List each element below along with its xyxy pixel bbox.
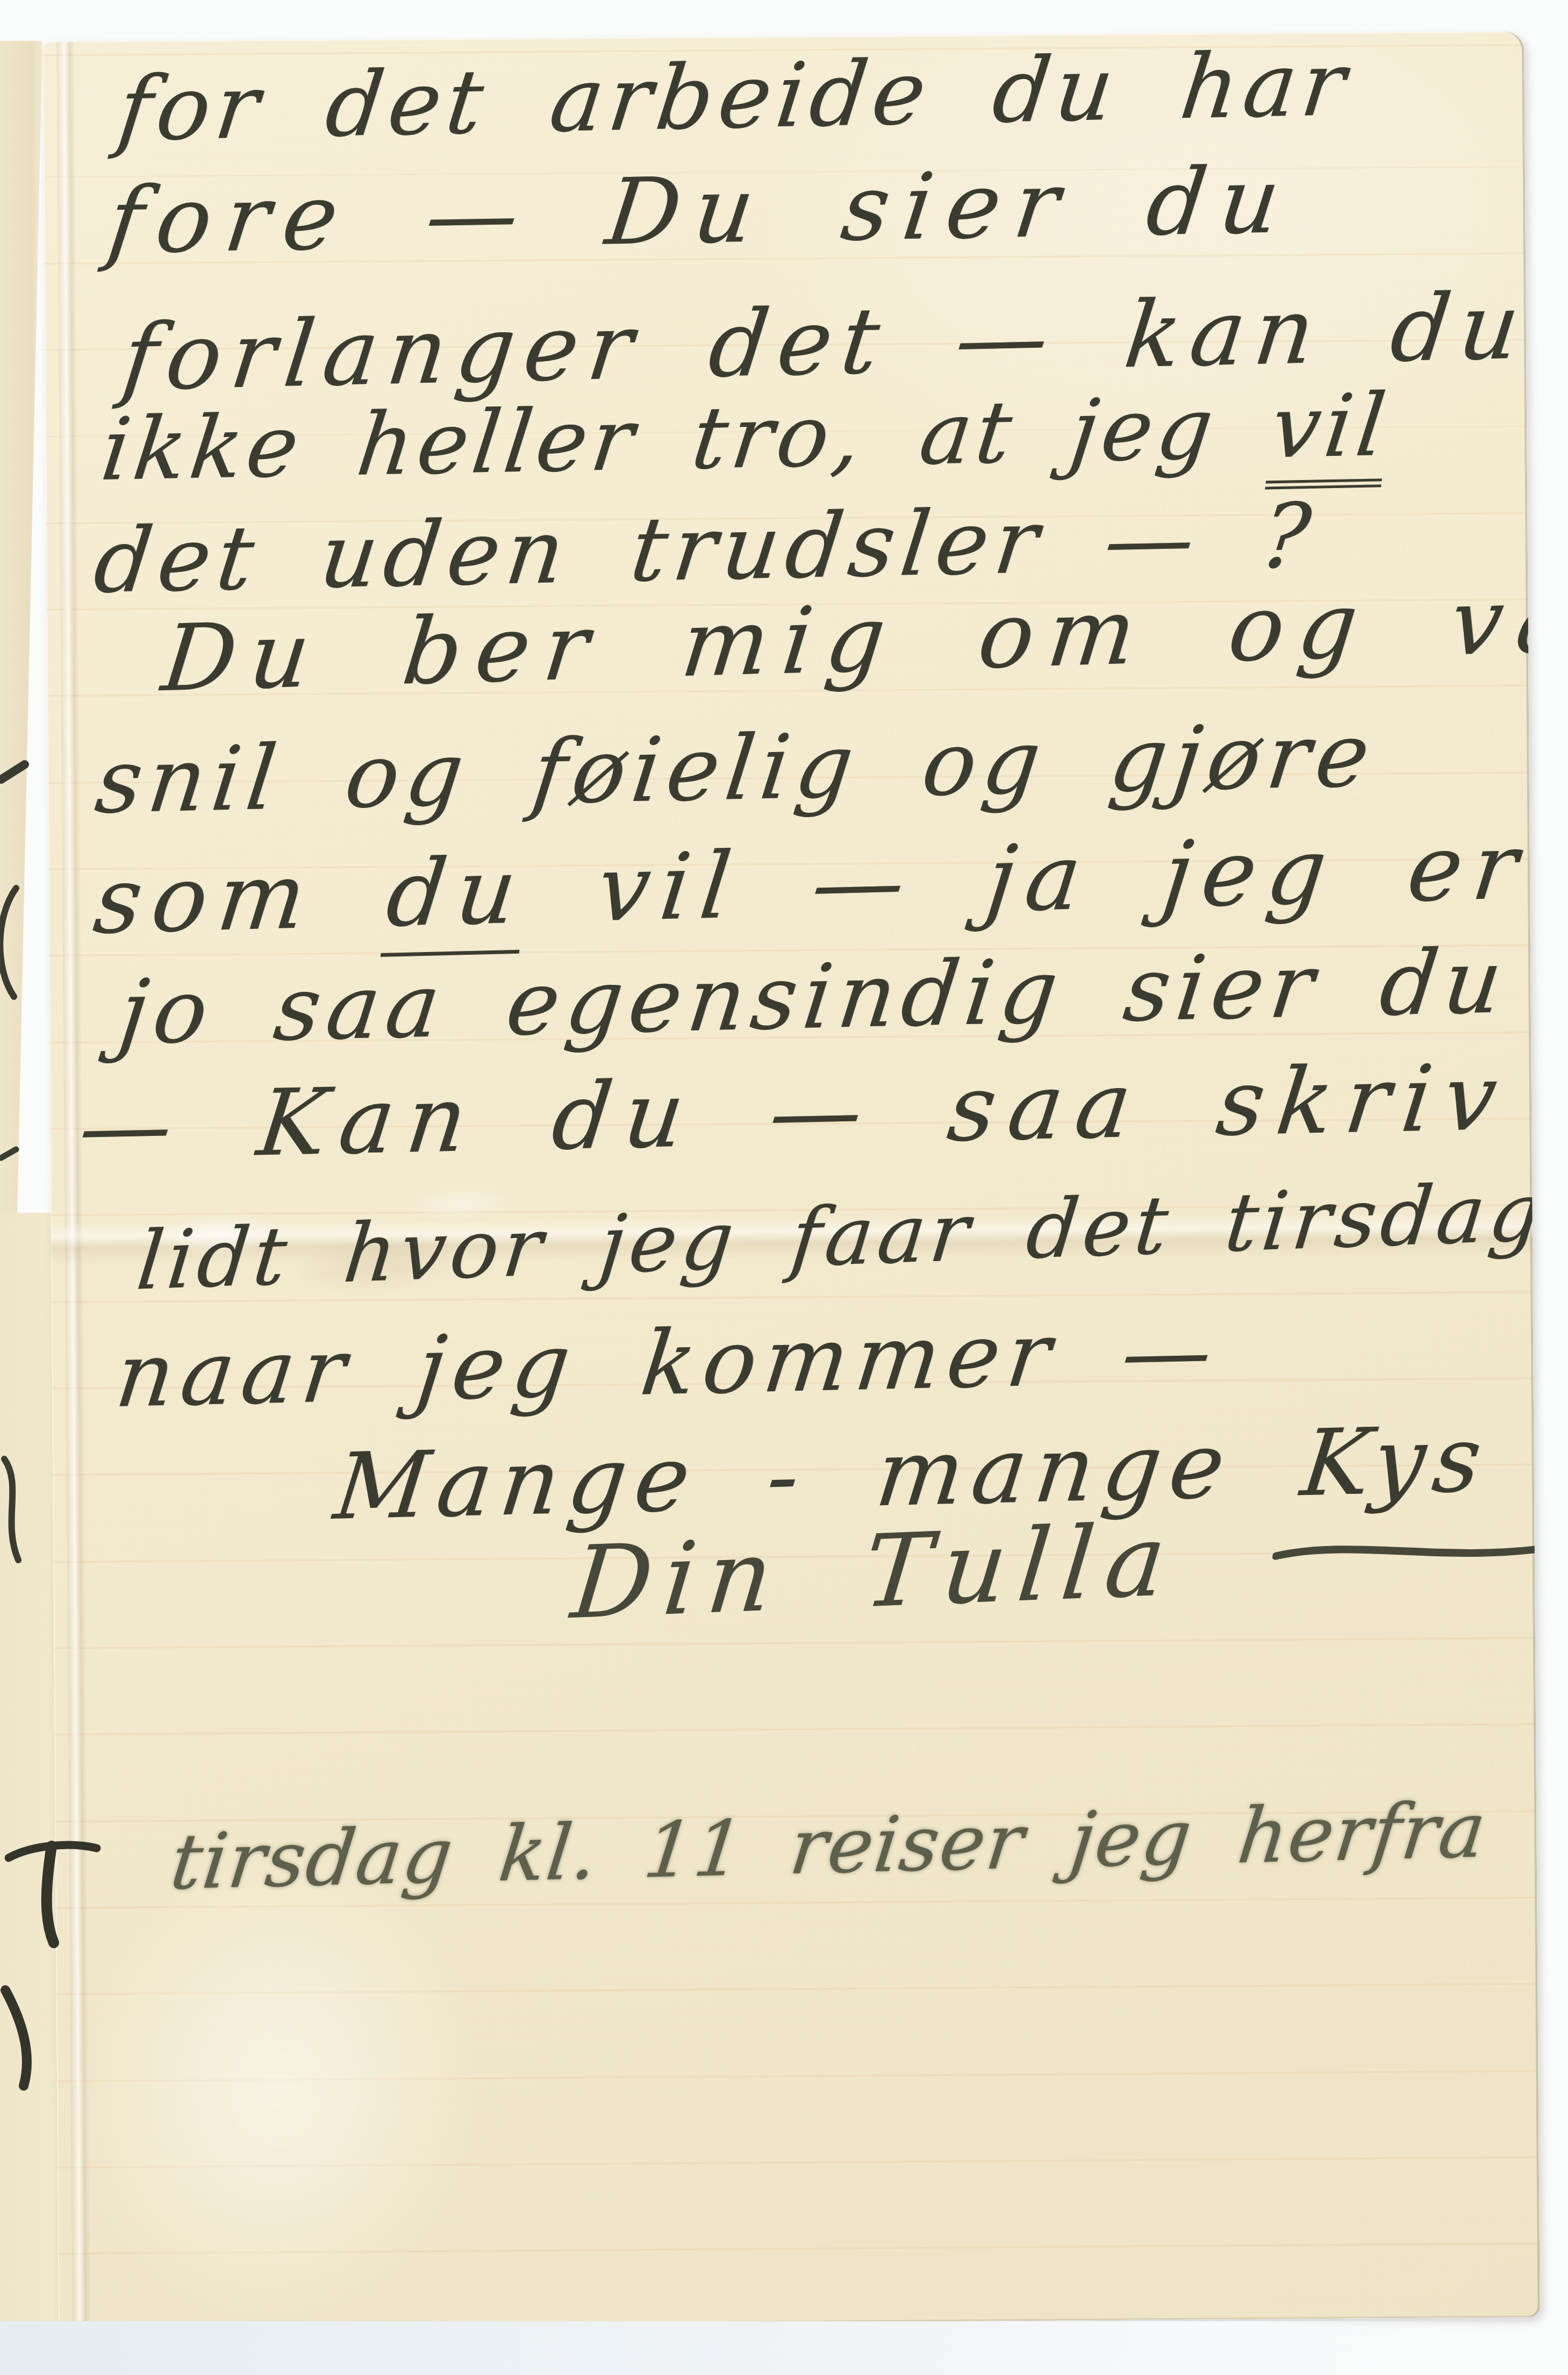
handwriting-segment: — Kan du — saa skriv [74, 1044, 1515, 1181]
handwriting-segment: fore — Du sier du [102, 147, 1299, 275]
handwriting-segment: lidt hvor jeg faar det tirsdag [133, 1165, 1540, 1308]
handwriting-line: jo saa egensindig sier du [114, 937, 1513, 1057]
scan-background: for det arbeide du harfore — Du sier duf… [0, 0, 1568, 2375]
postscript-line: tirsdag kl. 11 reiser jeg herfra [167, 1792, 1491, 1901]
handwriting-line: ikke heller tro, at jeg vil [97, 382, 1394, 493]
signature-flourish-stroke [1270, 1527, 1540, 1581]
handwriting-segment: snil og føielig og gjøre [90, 703, 1381, 833]
facing-page-ink-fragments [0, 0, 124, 2375]
handwriting-segment: vil — ja jeg er [520, 813, 1534, 945]
handwriting-line: — Kan du — saa skriv [75, 1051, 1514, 1173]
handwriting-line: naar jeg kommer — [112, 1306, 1224, 1420]
handwriting-segment: du [381, 838, 533, 957]
handwriting-line: snil og føielig og gjøre [91, 711, 1380, 826]
handwriting-segment: jo saa egensindig sier du [114, 929, 1514, 1064]
letter-page: for det arbeide du harfore — Du sier duf… [42, 31, 1540, 2327]
handwriting-segment: vil [1265, 375, 1395, 490]
handwriting-lines: for det arbeide du harfore — Du sier duf… [42, 31, 1540, 2327]
handwriting-line: som du vil — ja jeg er [89, 821, 1533, 948]
handwriting-segment: som [89, 841, 394, 955]
handwriting-segment: tirsdag kl. 11 reiser jeg herfra [166, 1786, 1491, 1907]
handwriting-segment: for det arbeide du har [113, 32, 1356, 161]
handwriting-line: lidt hvor jeg faar det tirsdag [133, 1172, 1540, 1302]
handwriting-line: for det arbeide du har [113, 39, 1355, 154]
handwriting-segment: naar jeg kommer — [111, 1299, 1225, 1427]
handwriting-line: fore — Du sier du [103, 155, 1298, 267]
handwriting-segment: Din Tulla [567, 1501, 1183, 1641]
scanner-bed-shadow [0, 2321, 1484, 2375]
